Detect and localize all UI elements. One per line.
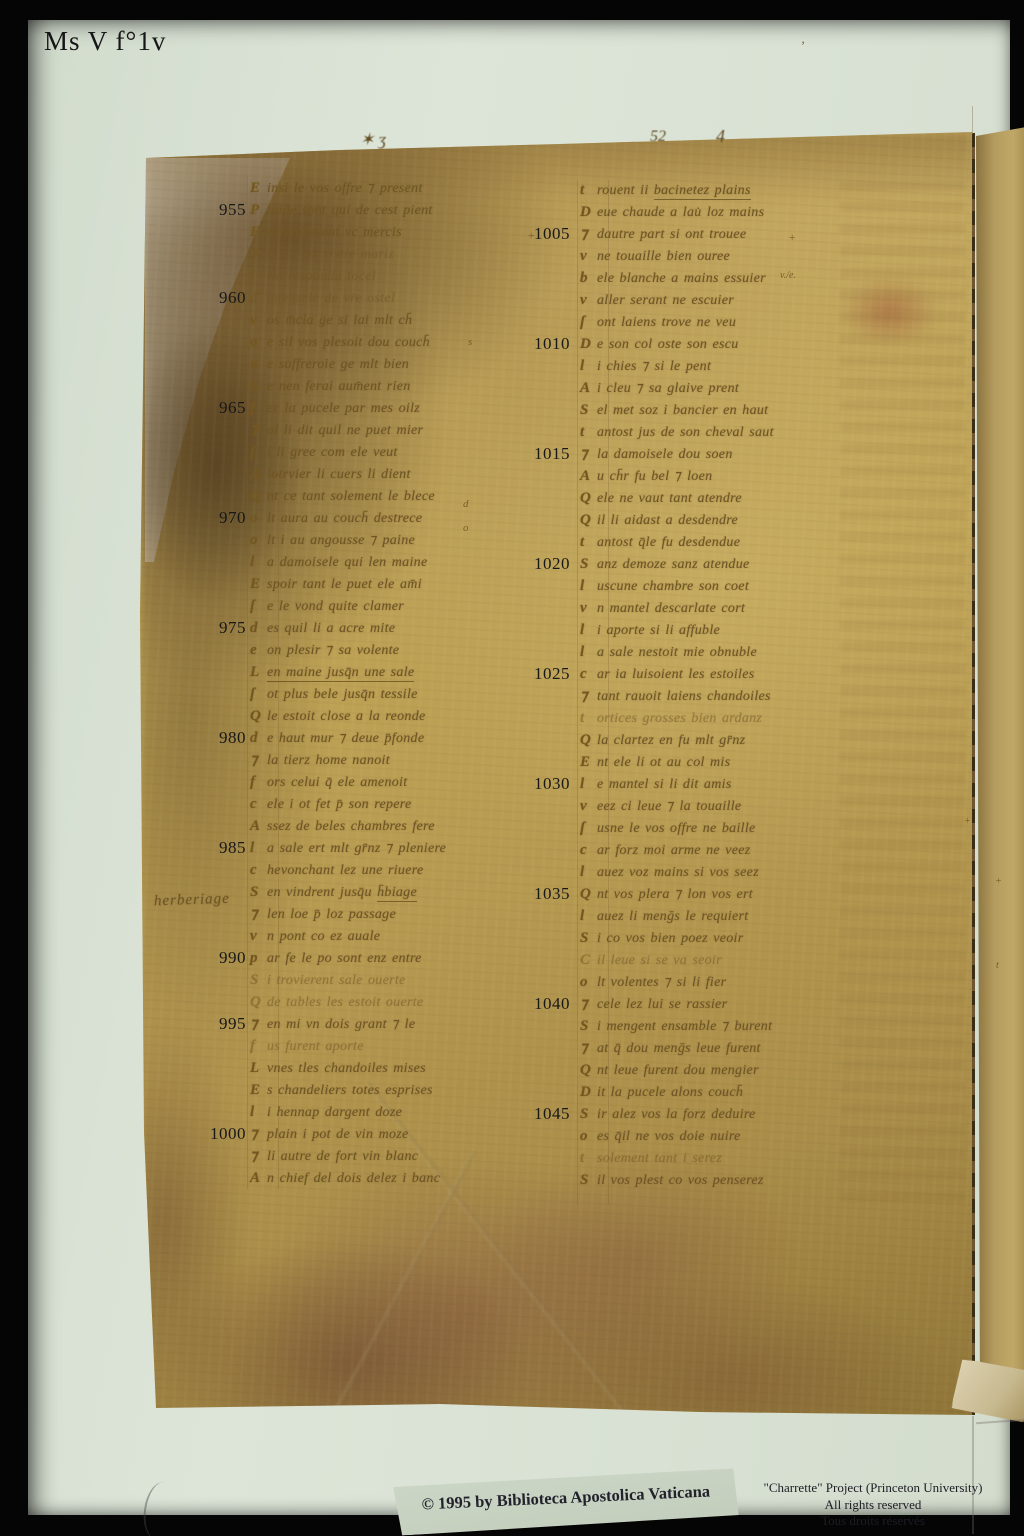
line-text: e le vond quite clamer (267, 599, 404, 614)
manuscript-line: Si mengent ensamble ⁊ burent (580, 1015, 890, 1037)
line-initial: t (580, 707, 597, 729)
manuscript-line: Len maine jusq̄n une sale (250, 661, 550, 683)
underlined-text: bacinetez plains (654, 183, 751, 200)
line-initial: ⁊ (250, 1123, 267, 1145)
line-text: luide sont qui de cest pient (267, 203, 433, 218)
line-text: ele i ot fet p̄ son repere (267, 797, 412, 812)
manuscript-line: ⁊la tierz home nanoit (250, 749, 550, 771)
line-initial: ⁊ (580, 685, 597, 707)
line-initial: d (250, 287, 267, 309)
line-number: 955 (200, 199, 246, 221)
line-initial: f (250, 397, 267, 419)
line-initial: Q (250, 485, 267, 507)
line-text: us furent aporte (267, 1039, 364, 1054)
line-initial: D (580, 1081, 597, 1103)
line-initial: E (580, 751, 597, 773)
line-initial: l (580, 575, 597, 597)
pencil-mark (140, 1480, 180, 1536)
line-text: i mengent ensamble ⁊ burent (597, 1019, 772, 1034)
line-initial: o (250, 507, 267, 529)
line-number: 1025 (524, 663, 570, 685)
manuscript-line: 1035Qnt vos plera ⁊ lon vos ert (580, 883, 890, 905)
manuscript-line: Sel met soz i bancier en haut (580, 399, 890, 421)
line-initial: ⁊ (580, 223, 597, 245)
line-initial: E (250, 221, 267, 243)
line-text: i co vos bien poez veoir (597, 931, 744, 946)
line-text: ar ia luisoient les estoiles (597, 667, 755, 682)
line-text: nt ce tant solement le blece (267, 489, 435, 504)
line-initial: l (580, 355, 597, 377)
line-initial: ⁊ (250, 1145, 267, 1167)
manuscript-line: 1000⁊plain i pot de vin moze (250, 1123, 550, 1145)
line-text: cele lez lui se rassier (597, 997, 727, 1012)
manuscript-line: ſot plus bele jusq̄n tessile (250, 683, 550, 705)
manuscript-line: vos m̄cia ge si lai mlt ch̄ (250, 309, 550, 331)
manuscript-line: Es chandeliers totes esprises (250, 1079, 550, 1101)
line-text: la clartez en fu mlt gr̄nz (597, 733, 745, 748)
line-initial: S (250, 969, 267, 991)
text-column-left: Einsi le vos offre ⁊ present955Pluide so… (250, 177, 550, 1189)
line-initial: ſ (580, 311, 597, 333)
line-initial: t (580, 1147, 597, 1169)
manuscript-line: ⁊len loe p̄ loz passage (250, 903, 550, 925)
manuscript-line: oe soffreroie ge mlt bien (250, 353, 550, 375)
manuscript-line: 975des quil li a acre mite (250, 617, 550, 639)
line-text: i li gree com ele veut (267, 445, 398, 460)
line-text: el met soz i bancier en haut (597, 403, 768, 418)
line-number: 970 (200, 507, 246, 529)
manuscript-line: li aporte si li affuble (580, 619, 890, 641)
line-text: le estoit close a la reonde (267, 709, 426, 724)
line-text: eue chaude a lau̇ loz mains (597, 205, 764, 220)
line-text: ortices grosses bien ardanz (597, 711, 762, 726)
line-text: ila respondu tocel (267, 269, 376, 284)
text-column-right: trouent ii bacinetez plainsDeue chaude a… (580, 179, 890, 1191)
line-initial: S (580, 1103, 597, 1125)
line-initial: l (250, 551, 267, 573)
line-initial: E (250, 177, 267, 199)
line-text: vnes tles chandoiles mises (267, 1061, 426, 1076)
manuscript-line: luscune chambre son coet (580, 575, 890, 597)
line-text: i trovierent sale ouerte (267, 973, 406, 988)
manuscript-line: Sen vindrent jusq̄u h̄biage (250, 881, 550, 903)
manuscript-line: Deue chaude a lau̇ loz mains (580, 201, 890, 223)
line-text: lt i au angousse ⁊ paine (267, 533, 415, 548)
line-initial: A (580, 465, 597, 487)
line-text: on plesir ⁊ sa volente (267, 643, 399, 658)
manuscript-line: Qla clartez en fu mlt gr̄nz (580, 729, 890, 751)
manuscript-line: Assez de beles chambres fere (250, 815, 550, 837)
line-number: 1010 (524, 333, 570, 355)
line-initial: ⁊ (250, 243, 267, 265)
quire-mark: 52 (650, 128, 666, 146)
binding-thread (972, 106, 973, 134)
line-initial: v (250, 925, 267, 947)
line-text: tant rauoit laiens chandoiles (597, 689, 771, 704)
line-text: ot plus bele jusq̄n tessile (267, 687, 418, 702)
line-text: insi le vos offre ⁊ present (267, 181, 423, 196)
line-initial: E (250, 1079, 267, 1101)
line-initial: ⁊ (580, 993, 597, 1015)
line-text: en mi vn dois grant ⁊ le (267, 1017, 415, 1032)
manuscript-line: 1020Sanz demoze sanz atendue (580, 553, 890, 575)
line-text: u ch̄r fu bel ⁊ loen (597, 469, 712, 484)
manuscript-line: lauez voz mains si vos seez (580, 861, 890, 883)
line-text: a sale ert mlt gr̄nz ⁊ pleniere (267, 841, 446, 856)
line-initial: Q (580, 883, 597, 905)
manuscript-line: ⁊li autre de fort vin blanc (250, 1145, 550, 1167)
line-initial: L (250, 1057, 267, 1079)
line-text: len loe p̄ loz passage (267, 907, 396, 922)
line-initial: v (580, 245, 597, 267)
line-initial: c (250, 793, 267, 815)
line-initial: e (250, 639, 267, 661)
line-text: e mantel si li dit amis (597, 777, 732, 792)
manuscript-line: chevonchant lez une riuere (250, 859, 550, 881)
line-text: n mantel descarlate cort (597, 601, 745, 616)
line-text: er la pucele par mes oilz (267, 401, 420, 416)
line-text: la tierz home nanoit (267, 753, 390, 768)
line-initial: D (580, 201, 597, 223)
line-initial: b (580, 267, 597, 289)
line-initial: C (580, 949, 597, 971)
manuscript-line: 1005⁊dautre part si ont trouee (580, 223, 890, 245)
manuscript-line: 965fer la pucele par mes oilz (250, 397, 550, 419)
manuscript-line: tantost jus de son cheval saut (580, 421, 890, 443)
line-text: hevonchant lez une riuere (267, 863, 424, 878)
line-text: al li dit quil ne puet mier (267, 423, 423, 438)
line-number: 990 (200, 947, 246, 969)
line-text: e son col oste son escu (597, 337, 739, 352)
line-initial: ſ (250, 265, 267, 287)
line-initial: v (250, 309, 267, 331)
line-text: spoir tant le puet ele am̄i (267, 577, 422, 592)
manuscript-line: tsolement tant i serez (580, 1147, 890, 1169)
manuscript-line: cele i ot fet p̄ son repere (250, 793, 550, 815)
manuscript-line: Qele ne vaut tant atendre (580, 487, 890, 509)
manuscript-line: Cil leue si se va seoir (580, 949, 890, 971)
manuscript-line: 990par fe le po sont enz entre (250, 947, 550, 969)
manuscript-line: Espoir tant le puet ele am̄i (250, 573, 550, 595)
line-text: ors celui q̄ ele amenoit (267, 775, 407, 790)
line-text: nt leue furent dou mengier (597, 1063, 759, 1078)
line-text: la damoisele dou soen (597, 447, 733, 462)
line-initial: P (250, 199, 267, 221)
line-number: 1030 (524, 773, 570, 795)
line-initial: ⁊ (250, 903, 267, 925)
line-initial: ſ (250, 683, 267, 705)
manuscript-line: li hennap dargent doze (250, 1101, 550, 1123)
manuscript-line: 955Pluide sont qui de cest pient (250, 199, 550, 221)
line-text: ir alez vos la forz deduire (597, 1107, 756, 1122)
line-text: rouent ii bacinetez plains (597, 183, 751, 200)
line-initial: S (580, 553, 597, 575)
line-initial: l (580, 619, 597, 641)
manuscript-line: li chies ⁊ si le pent (580, 355, 890, 377)
line-number: 1000 (200, 1123, 246, 1145)
line-text: es quil li a acre mite (267, 621, 395, 636)
manuscript-line: 1040⁊cele lez lui se rassier (580, 993, 890, 1015)
line-text: lotrvier li cuers li dient (267, 467, 411, 482)
manuscript-line: Sil vos plest co vos penserez (580, 1169, 890, 1191)
line-initial: o (580, 1125, 597, 1147)
line-text: amoisele de vr̄e ostel (267, 291, 395, 306)
line-text: uscune chambre son coet (597, 579, 749, 594)
manuscript-line: fors celui q̄ ele amenoit (250, 771, 550, 793)
line-text: i chies ⁊ si le pent (597, 359, 711, 374)
manuscript-line: olt i au angousse ⁊ paine (250, 529, 550, 551)
manuscript-line: fus furent aporte (250, 1035, 550, 1057)
binding-seam-stitches (972, 133, 975, 1415)
line-initial: c (250, 859, 267, 881)
copyright-text: © 1995 by Biblioteca Apostolica Vaticana (394, 1480, 739, 1516)
manuscript-line: Ent ele li ot au col mis (580, 751, 890, 773)
project-line: Tous droits réservés (753, 1513, 993, 1530)
manuscript-line: oe sil vos plesoit dou couch̄ (250, 331, 550, 353)
manuscript-line: Qnt leue furent dou mengier (580, 1059, 890, 1081)
line-initial: A (250, 463, 267, 485)
line-initial: A (250, 1167, 267, 1189)
manuscript-line: ſi li gree com ele veut (250, 441, 550, 463)
line-initial: l (580, 905, 597, 927)
mount-crease (976, 1418, 1024, 1424)
line-initial: L (250, 661, 267, 683)
line-text: antost jus de son cheval saut (597, 425, 774, 440)
manuscript-line: la sale nestoit mie obnuble (580, 641, 890, 663)
line-text: solement tant i serez (597, 1151, 722, 1166)
line-text: i cleu ⁊ sa glaive prent (597, 381, 739, 396)
manuscript-line: Si co vos bien poez veoir (580, 927, 890, 949)
manuscript-line: ſe le vond quite clamer (250, 595, 550, 617)
line-number: 1040 (524, 993, 570, 1015)
line-text: n pont co ez auale (267, 929, 380, 944)
manuscript-line: 960damoisele de vr̄e ostel (250, 287, 550, 309)
line-text: i aporte si li affuble (597, 623, 720, 638)
project-credit-block: "Charrette" Project (Princeton Universit… (753, 1480, 993, 1530)
line-initial: t (580, 421, 597, 443)
line-initial: o (580, 971, 597, 993)
line-initial: S (250, 881, 267, 903)
stray-ink-mark: + (964, 816, 971, 827)
line-initial: v (580, 795, 597, 817)
line-number: 1020 (524, 553, 570, 575)
manuscript-line: ſont laiens trove ne veu (580, 311, 890, 333)
line-number: 985 (200, 837, 246, 859)
line-initial: p (250, 947, 267, 969)
line-text: de tables les estoit ouerte (267, 995, 423, 1010)
line-text: antost q̄le fu desdendue (597, 535, 740, 550)
line-initial: S (580, 399, 597, 421)
line-text: li autre de fort vin blanc (267, 1149, 418, 1164)
manuscript-line: Dit la pucele alons couch̄ (580, 1081, 890, 1103)
line-initial: ſ (250, 595, 267, 617)
line-initial: f (250, 1035, 267, 1057)
manuscript-line: lauez li menḡs le requiert (580, 905, 890, 927)
line-text: cl en est ristre mariz (267, 247, 394, 262)
line-text: dautre part si ont trouee (597, 227, 746, 242)
line-text: nt vos plera ⁊ lon vos ert (597, 887, 753, 902)
line-initial: f (250, 771, 267, 793)
stray-ink-mark: t (996, 960, 999, 971)
manuscript-line: En rendissent vc mercis (250, 221, 550, 243)
line-initial: l (250, 837, 267, 859)
manuscript-line: Qle estoit close a la reonde (250, 705, 550, 727)
line-text: il li aidast a desdendre (597, 513, 738, 528)
line-initial: S (580, 1169, 597, 1191)
line-text: e haut mur ⁊ deue p̄fonde (267, 731, 424, 746)
line-initial: Q (250, 705, 267, 727)
line-initial: v (580, 597, 597, 619)
line-text: en vindrent jusq̄u h̄biage (267, 885, 417, 902)
manuscript-line: eon plesir ⁊ sa volente (250, 639, 550, 661)
line-number: 1015 (524, 443, 570, 465)
line-number: 965 (200, 397, 246, 419)
line-number: 980 (200, 727, 246, 749)
line-text: ar fe le po sont enz entre (267, 951, 422, 966)
quire-mark: 4 (716, 126, 725, 147)
line-initial: S (580, 927, 597, 949)
manuscript-line: An chief del dois delez i banc (250, 1167, 550, 1189)
line-text: at q̄ dou menḡs leue furent (597, 1041, 761, 1056)
manuscript-line: ⁊at q̄ dou menḡs leue furent (580, 1037, 890, 1059)
line-text: anz demoze sanz atendue (597, 557, 750, 572)
manuscript-line: tortices grosses bien ardanz (580, 707, 890, 729)
margin-note: herberiage (154, 891, 230, 911)
manuscript-line: Qil li aidast a desdendre (580, 509, 890, 531)
manuscript-line: oes q̄il ne vos doie nuire (580, 1125, 890, 1147)
line-text: il vos plest co vos penserez (597, 1173, 764, 1188)
line-text: ele ne vaut tant atendre (597, 491, 742, 506)
manuscript-line: Ai cleu ⁊ sa glaive prent (580, 377, 890, 399)
line-text: n rendissent vc mercis (267, 225, 402, 240)
quire-mark: ✶ ʒ (360, 130, 386, 150)
line-text: en maine jusq̄n une sale (267, 665, 414, 682)
line-initial: t (580, 531, 597, 553)
manuscript-line: valler serant ne escuier (580, 289, 890, 311)
manuscript-line: vn pont co ez auale (250, 925, 550, 947)
line-initial: ⁊ (580, 443, 597, 465)
manuscript-line: Qnt ce tant solement le blece (250, 485, 550, 507)
line-initial: A (580, 377, 597, 399)
line-text: auez li menḡs le requiert (597, 909, 748, 924)
photo-frame: Ms V f°1v ✶ ʒ524++v./e.sdo++t’ Einsi le … (0, 0, 1024, 1536)
line-text: s chandeliers totes esprises (267, 1083, 433, 1098)
line-initial: o (250, 331, 267, 353)
line-initial: A (250, 815, 267, 837)
line-initial: D (580, 333, 597, 355)
underlined-text: en maine jusq̄n une sale (267, 665, 414, 682)
line-initial: ⁊ (250, 749, 267, 771)
line-initial: v (580, 289, 597, 311)
line-initial: ſ (580, 817, 597, 839)
line-text: ar forz moi arme ne veez (597, 843, 751, 858)
slide-mount: Ms V f°1v ✶ ʒ524++v./e.sdo++t’ Einsi le … (28, 20, 1010, 1515)
line-initial: Q (250, 991, 267, 1013)
line-text: a sale nestoit mie obnuble (597, 645, 757, 660)
line-initial: ⁊ (580, 1037, 597, 1059)
line-text: it la pucele alons couch̄ (597, 1085, 743, 1100)
line-text: lt aura au couch̄ destrece (267, 511, 422, 526)
line-text: nt ele li ot au col mis (597, 755, 730, 770)
line-initial: c (580, 663, 597, 685)
manuscript-line: olt volentes ⁊ si li fier (580, 971, 890, 993)
line-initial: Q (580, 509, 597, 531)
manuscript-line: ⁊al li dit quil ne puet mier (250, 419, 550, 441)
manuscript-line: 1045Sir alez vos la forz deduire (580, 1103, 890, 1125)
manuscript-line: 1015⁊la damoisele dou soen (580, 443, 890, 465)
line-text: n chief del dois delez i banc (267, 1171, 440, 1186)
line-initial: l (250, 1101, 267, 1123)
manuscript-line: ſusne le vos offre ne baille (580, 817, 890, 839)
line-text: auez voz mains si vos seez (597, 865, 759, 880)
line-text: es q̄il ne vos doie nuire (597, 1129, 741, 1144)
line-text: plain i pot de vin moze (267, 1127, 409, 1142)
project-line: "Charrette" Project (Princeton Universit… (753, 1480, 993, 1497)
manuscript-line: 970olt aura au couch̄ destrece (250, 507, 550, 529)
line-number: 1005 (524, 223, 570, 245)
line-text: aller serant ne escuier (597, 293, 734, 308)
manuscript-line: Alotrvier li cuers li dient (250, 463, 550, 485)
manuscript-line: Lvnes tles chandoiles mises (250, 1057, 550, 1079)
line-text: e nen ferai aum̄ent rien (267, 379, 411, 394)
manuscript-line: Si trovierent sale ouerte (250, 969, 550, 991)
line-initial: l (580, 773, 597, 795)
line-initial: Q (580, 729, 597, 751)
manuscript-line: veez ci leue ⁊ la touaille (580, 795, 890, 817)
line-initial: o (250, 529, 267, 551)
line-text: usne le vos offre ne baille (597, 821, 756, 836)
line-text: i hennap dargent doze (267, 1105, 402, 1120)
copyright-label: © 1995 by Biblioteca Apostolica Vaticana (393, 1468, 739, 1536)
manuscript-line: vn mantel descarlate cort (580, 597, 890, 619)
line-text: e soffreroie ge mlt bien (267, 357, 409, 372)
manuscript-line: trouent ii bacinetez plains (580, 179, 890, 201)
line-initial: Q (580, 487, 597, 509)
line-number: 1045 (524, 1103, 570, 1125)
manuscript-line: car forz moi arme ne veez (580, 839, 890, 861)
line-number: 960 (200, 287, 246, 309)
manuscript-line: Einsi le vos offre ⁊ present (250, 177, 550, 199)
manuscript-line: ⁊tant rauoit laiens chandoiles (580, 685, 890, 707)
line-number: 975 (200, 617, 246, 639)
stray-ink-mark: ’ (800, 38, 804, 54)
manuscript-line: 980de haut mur ⁊ deue p̄fonde (250, 727, 550, 749)
line-text: ont laiens trove ne veu (597, 315, 736, 330)
manuscript-line: ⁊cl en est ristre mariz (250, 243, 550, 265)
manuscript-line: bele blanche a mains essuier (580, 267, 890, 289)
manuscript-line: Au ch̄r fu bel ⁊ loen (580, 465, 890, 487)
line-initial: E (250, 573, 267, 595)
line-initial: t (580, 179, 597, 201)
manuscript-line: 1010De son col oste son escu (580, 333, 890, 355)
line-text: eez ci leue ⁊ la touaille (597, 799, 741, 814)
line-text: a damoisele qui len maine (267, 555, 427, 570)
line-number: 1035 (524, 883, 570, 905)
line-initial: ſ (250, 441, 267, 463)
line-number: 995 (200, 1013, 246, 1035)
manuscript-line: vne touaille bien ouree (580, 245, 890, 267)
project-line: All rights reserved (753, 1497, 993, 1514)
line-initial: G (250, 375, 267, 397)
manuscript-line: ſila respondu tocel (250, 265, 550, 287)
line-initial: c (580, 839, 597, 861)
manuscript-line: la damoisele qui len maine (250, 551, 550, 573)
manuscript-line: 1025car ia luisoient les estoiles (580, 663, 890, 685)
line-text: e sil vos plesoit dou couch̄ (267, 335, 430, 350)
line-text: os m̄cia ge si lai mlt ch̄ (267, 313, 412, 328)
line-initial: d (250, 727, 267, 749)
line-text: lt volentes ⁊ si li fier (597, 975, 726, 990)
